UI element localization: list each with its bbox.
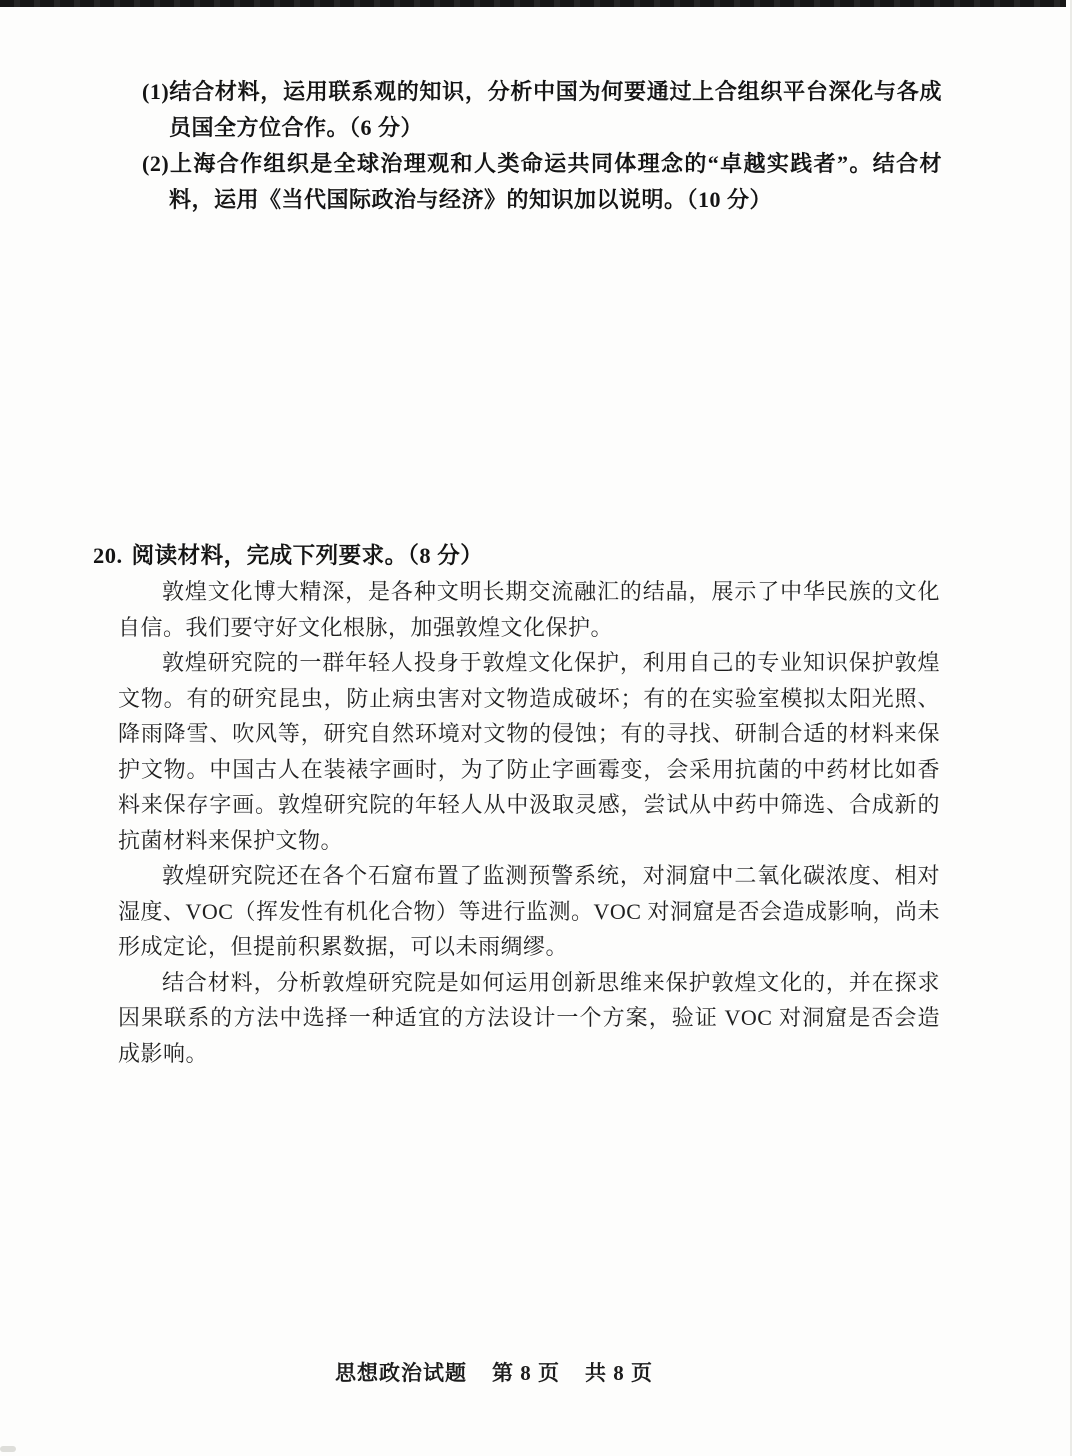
scan-artifact-smudge: [0, 1446, 16, 1452]
page-number: 第 8 页: [492, 1358, 560, 1388]
question-20-header: 20.阅读材料，完成下列要求。（8 分）: [93, 538, 942, 574]
question-20-number: 20.: [93, 543, 123, 568]
pages-total: 共 8 页: [585, 1358, 653, 1388]
material-paragraph-1: 敦煌文化博大精深，是各种文明长期交流融汇的结晶，展示了中华民族的文化自信。我们要…: [118, 574, 940, 645]
question-20-material: 敦煌文化博大精深，是各种文明长期交流融汇的结晶，展示了中华民族的文化自信。我们要…: [93, 574, 942, 1071]
subquestion-1: (1)结合材料，运用联系观的知识，分析中国为何要通过上合组织平台深化与各成员国全…: [142, 74, 942, 146]
page-footer: 思想政治试题 第 8 页 共 8 页: [0, 1358, 1030, 1388]
subquestions-block: (1)结合材料，运用联系观的知识，分析中国为何要通过上合组织平台深化与各成员国全…: [142, 74, 942, 218]
material-paragraph-2: 敦煌研究院的一群年轻人投身于敦煌文化保护，利用自己的专业知识保护敦煌文物。有的研…: [118, 645, 940, 858]
task-paragraph: 结合材料，分析敦煌研究院是如何运用创新思维来保护敦煌文化的，并在探求因果联系的方…: [118, 965, 940, 1072]
subquestion-1-number: (1): [142, 79, 169, 104]
subquestion-2-number: (2): [142, 151, 169, 176]
scan-artifact-top-bar: [0, 0, 1066, 7]
question-20-block: 20.阅读材料，完成下列要求。（8 分） 敦煌文化博大精深，是各种文明长期交流融…: [93, 538, 942, 1071]
material-paragraph-3: 敦煌研究院还在各个石窟布置了监测预警系统，对洞窟中二氧化碳浓度、相对湿度、VOC…: [118, 858, 940, 965]
scanned-exam-page: (1)结合材料，运用联系观的知识，分析中国为何要通过上合组织平台深化与各成员国全…: [0, 0, 1072, 1456]
doc-title: 思想政治试题: [335, 1358, 467, 1388]
subquestion-1-text: 结合材料，运用联系观的知识，分析中国为何要通过上合组织平台深化与各成员国全方位合…: [169, 79, 942, 140]
question-20-prompt: 阅读材料，完成下列要求。（8 分）: [132, 543, 484, 568]
subquestion-2: (2)上海合作组织是全球治理观和人类命运共同体理念的“卓越实践者”。结合材料，运…: [142, 146, 942, 218]
subquestion-2-text: 上海合作组织是全球治理观和人类命运共同体理念的“卓越实践者”。结合材料，运用《当…: [169, 151, 942, 212]
